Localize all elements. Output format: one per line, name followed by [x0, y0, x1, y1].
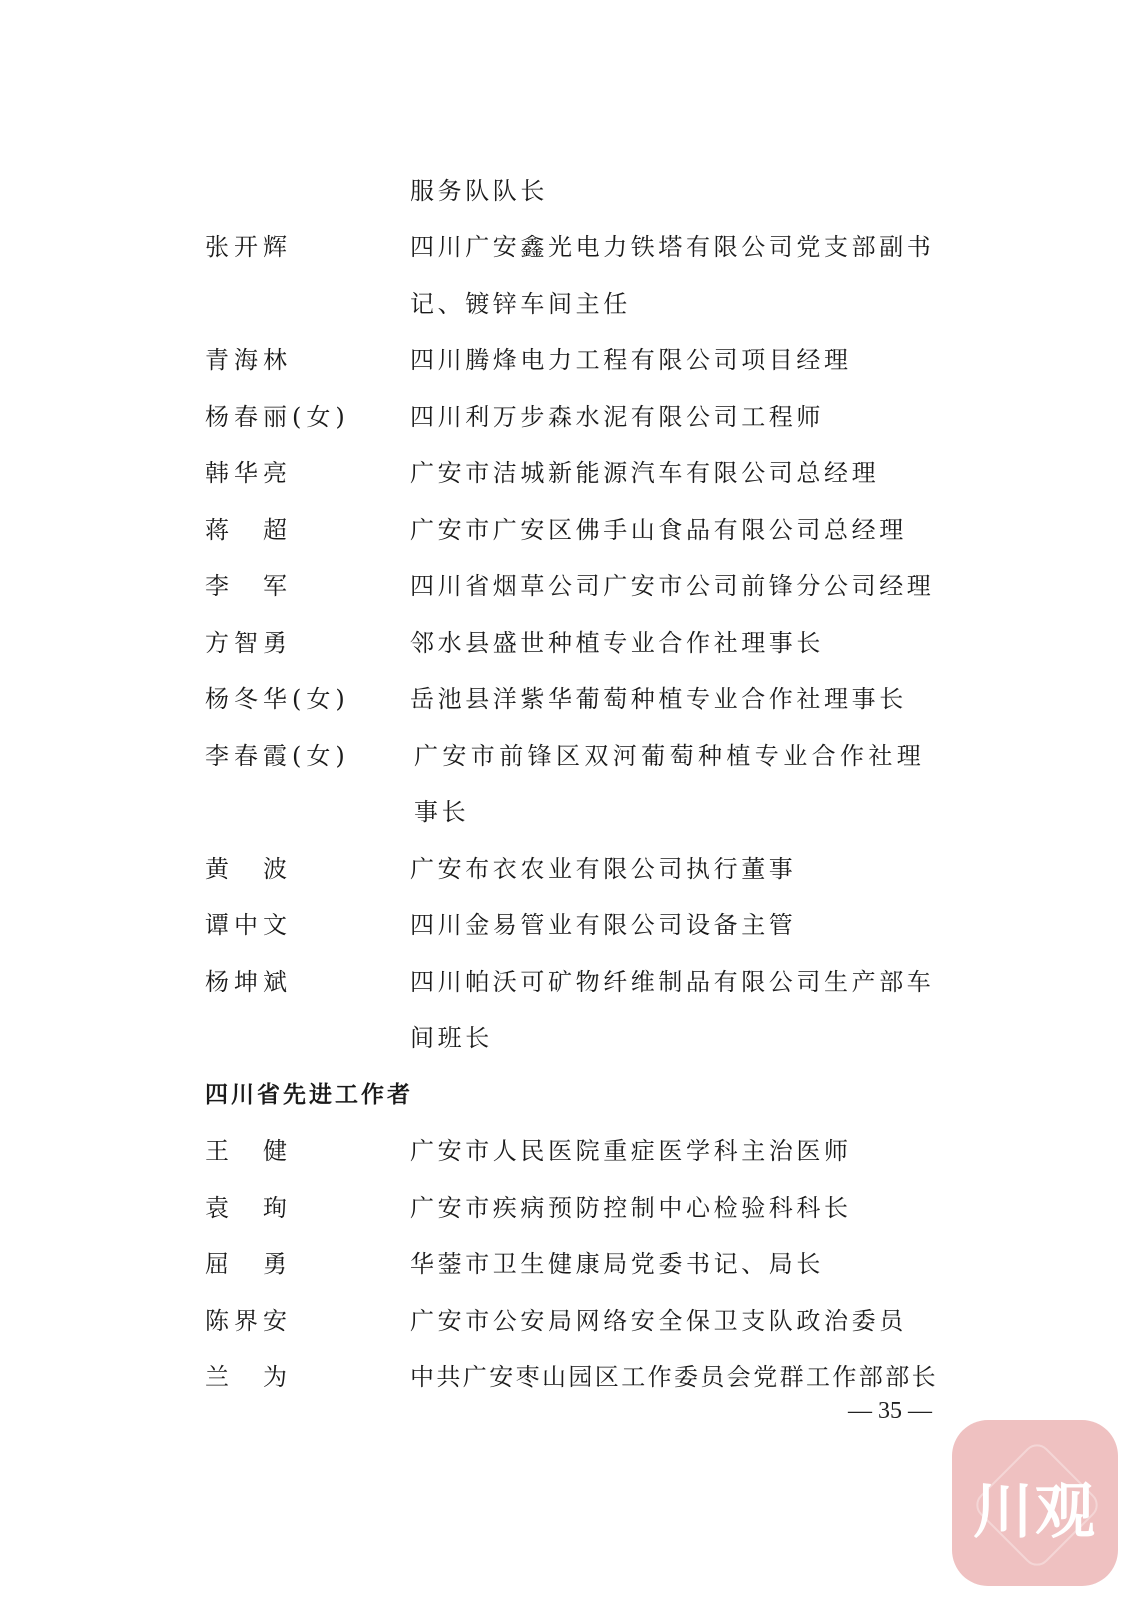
- watermark-logo: 川观: [952, 1420, 1118, 1586]
- entry-name: 杨坤斌: [205, 962, 292, 1002]
- entry-desc: 四川广安鑫光电力铁塔有限公司党支部副书: [410, 227, 934, 267]
- document-page: 服务队队长 张开辉 四川广安鑫光电力铁塔有限公司党支部副书 记、镀锌车间主任 青…: [0, 0, 1131, 1600]
- entry-desc: 中共广安枣山园区工作委员会党群工作部部长: [410, 1357, 938, 1397]
- watermark-text: 川观: [952, 1464, 1118, 1550]
- entry-desc: 岳池县洋紫华葡萄种植专业合作社理事长: [410, 679, 907, 719]
- entry-desc-cont: 间班长: [410, 1018, 493, 1058]
- entry-name: 兰 为: [205, 1357, 292, 1397]
- entry-name: 蒋 超: [205, 510, 292, 550]
- entry-desc: 四川金易管业有限公司设备主管: [410, 905, 796, 945]
- entry-name: 方智勇: [205, 623, 292, 663]
- entry-name: 陈界安: [205, 1301, 292, 1341]
- entry-desc-cont: 记、镀锌车间主任: [410, 284, 631, 324]
- continuation-text: 服务队队长: [410, 171, 548, 211]
- entry-desc: 广安市前锋区双河葡萄种植专业合作社理: [414, 736, 925, 776]
- page-number: — 35 —: [848, 1398, 932, 1425]
- section-heading: 四川省先进工作者: [205, 1075, 413, 1115]
- entry-name: 李 军: [205, 566, 292, 606]
- entry-name: 王 健: [205, 1131, 292, 1171]
- entry-desc: 华蓥市卫生健康局党委书记、局长: [410, 1244, 824, 1284]
- entry-name: 李春霞(女): [205, 736, 350, 776]
- entry-name: 屈 勇: [205, 1244, 292, 1284]
- entry-desc: 广安市人民医院重症医学科主治医师: [410, 1131, 852, 1171]
- entry-desc: 四川腾烽电力工程有限公司项目经理: [410, 340, 852, 380]
- entry-desc: 邻水县盛世种植专业合作社理事长: [410, 623, 824, 663]
- entry-desc: 四川利万步森水泥有限公司工程师: [410, 397, 824, 437]
- entry-name: 黄 波: [205, 849, 292, 889]
- entry-name: 袁 珣: [205, 1188, 292, 1228]
- entry-desc: 广安市疾病预防控制中心检验科科长: [410, 1188, 852, 1228]
- entry-desc: 四川帕沃可矿物纤维制品有限公司生产部车: [410, 962, 934, 1002]
- entry-name: 谭中文: [205, 905, 292, 945]
- entry-desc: 广安市公安局网络安全保卫支队政治委员: [410, 1301, 907, 1341]
- entry-desc: 广安市洁城新能源汽车有限公司总经理: [410, 453, 879, 493]
- entry-name: 青海林: [205, 340, 292, 380]
- entry-desc-cont: 事长: [414, 792, 469, 832]
- entry-desc: 广安布衣农业有限公司执行董事: [410, 849, 796, 889]
- entry-name: 杨冬华(女): [205, 679, 350, 719]
- entry-desc: 四川省烟草公司广安市公司前锋分公司经理: [410, 566, 934, 606]
- entry-name: 张开辉: [205, 227, 292, 267]
- entry-name: 韩华亮: [205, 453, 292, 493]
- entry-name: 杨春丽(女): [205, 397, 350, 437]
- entry-desc: 广安市广安区佛手山食品有限公司总经理: [410, 510, 907, 550]
